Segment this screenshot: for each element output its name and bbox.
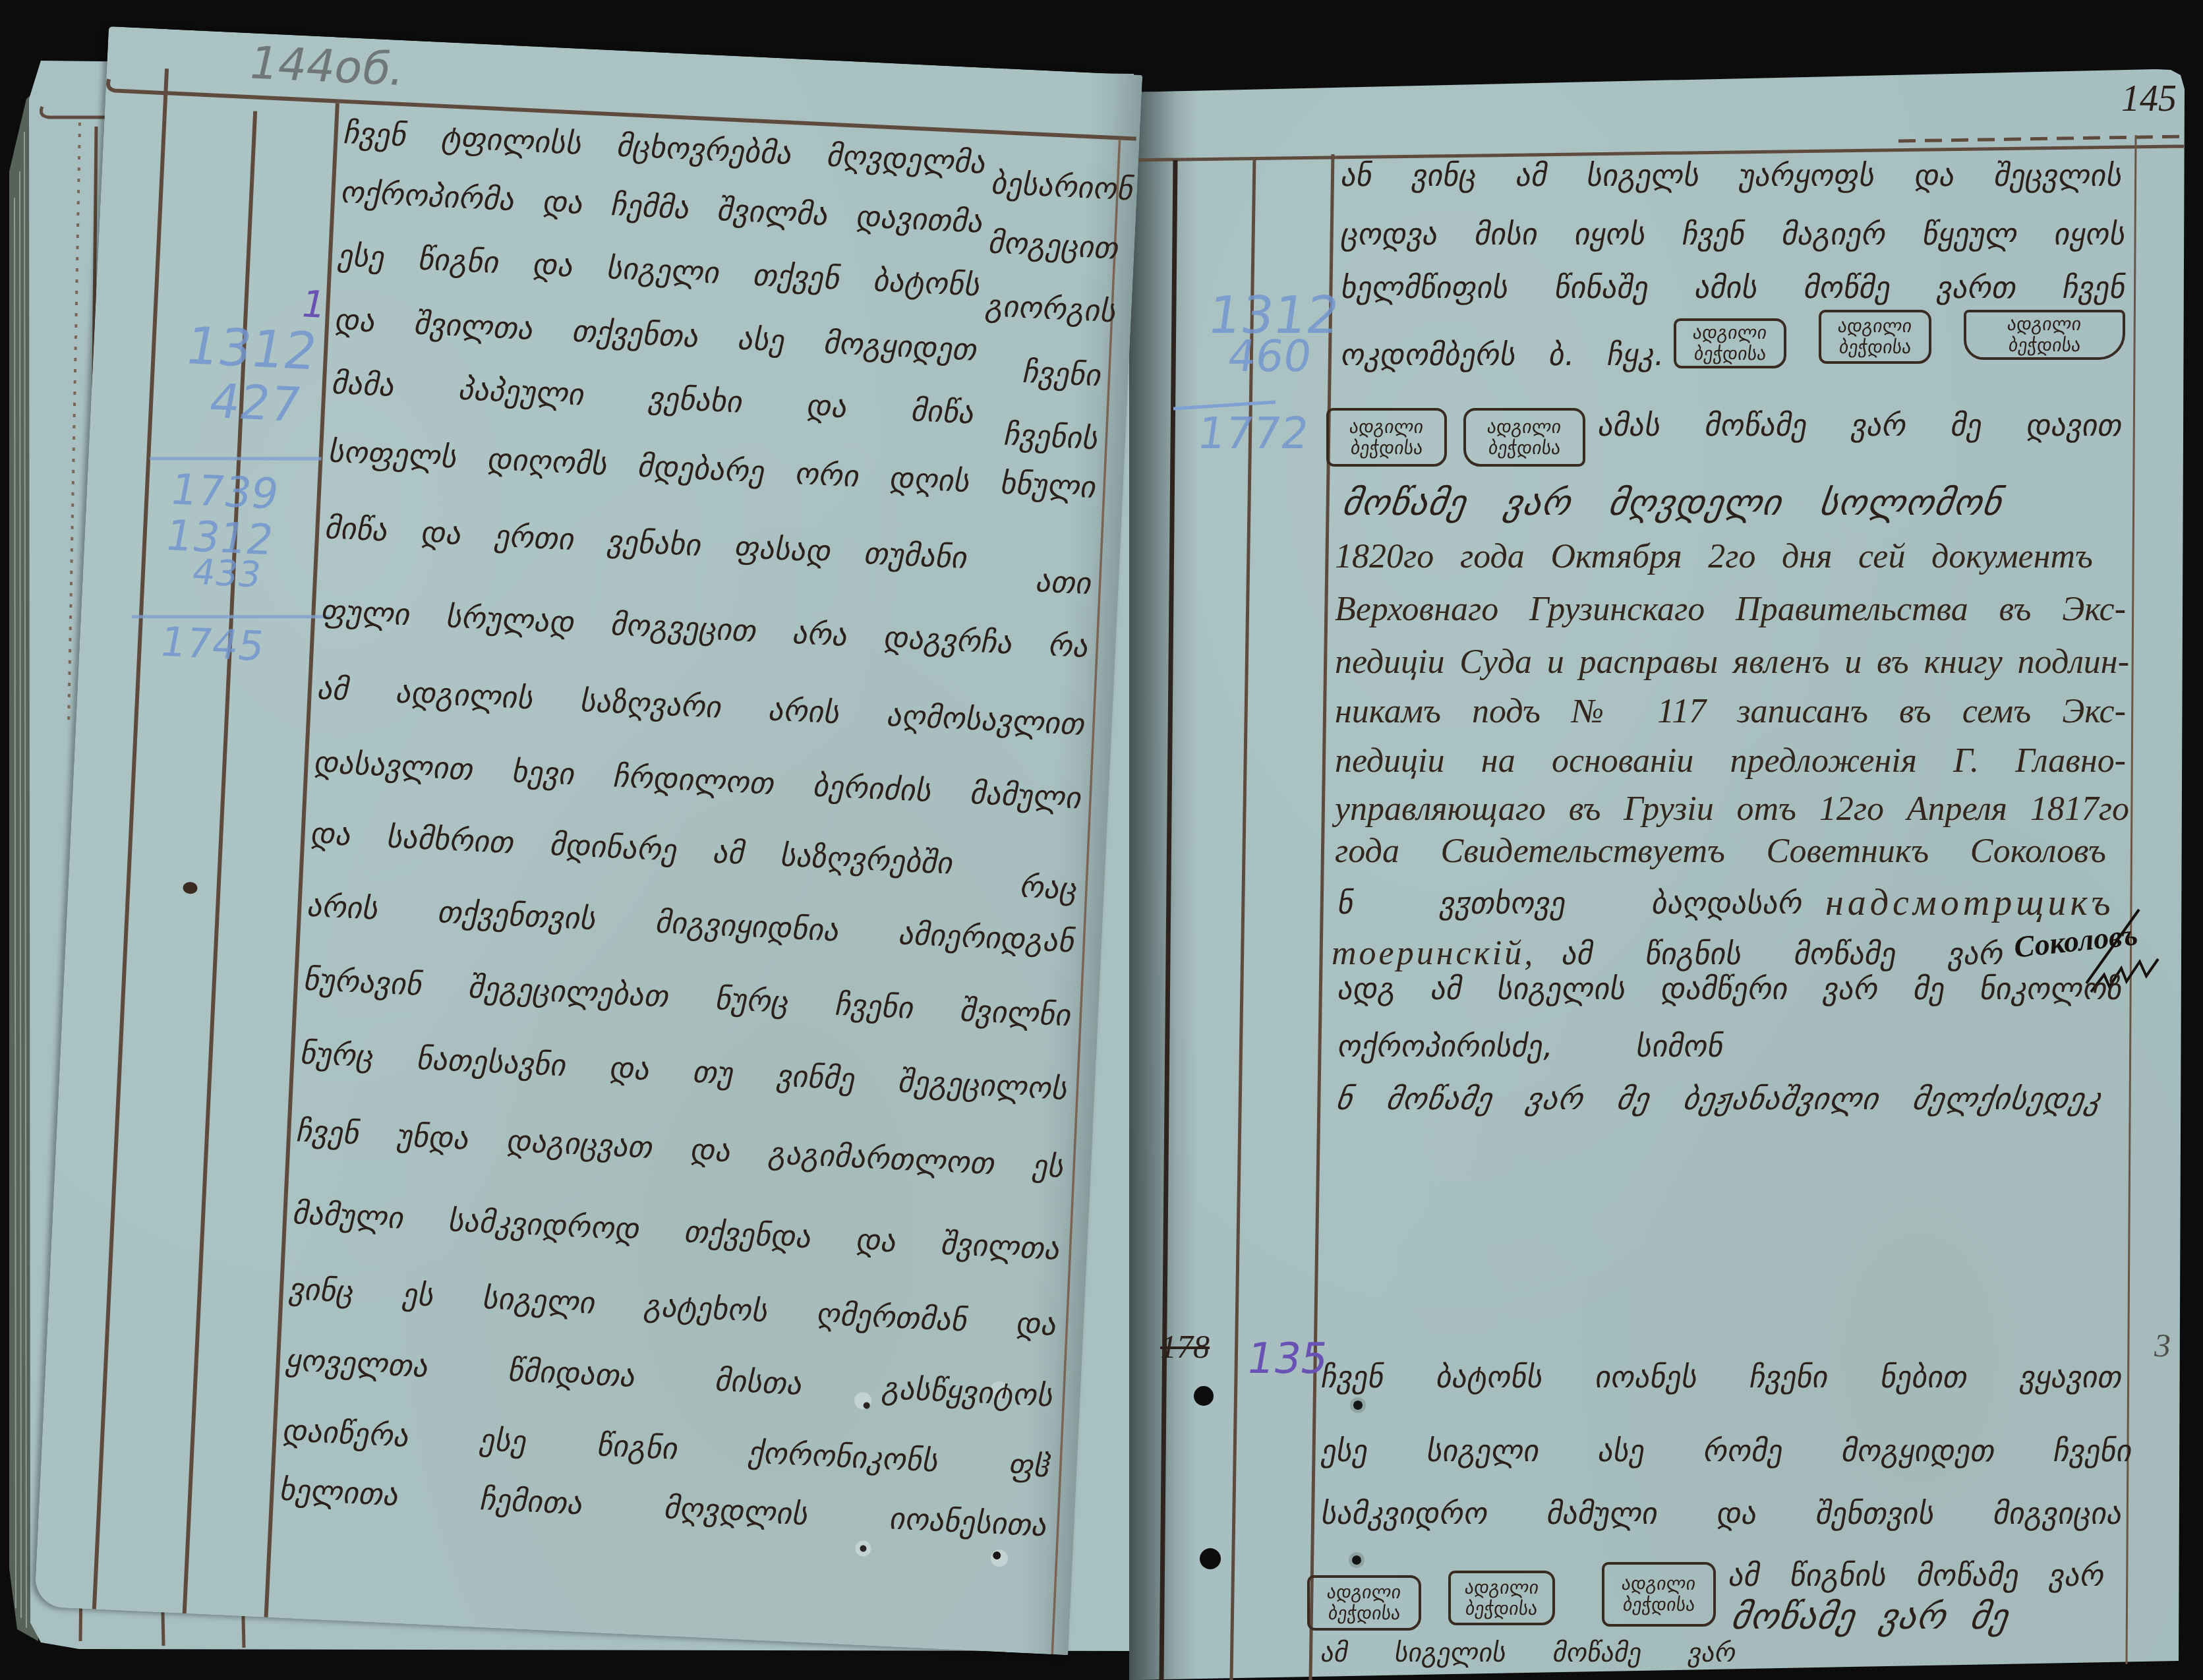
ink-blot: [183, 882, 198, 894]
struck-entry-number: 178: [1160, 1330, 1210, 1363]
seal-line-1: ადგილი: [1836, 316, 1914, 337]
entry-2-line: ესე სიგელი ასე რომე მოგყიდეთ ჩვენი: [1317, 1424, 2137, 1477]
certificate-georgian-5: ნ მოწამე ვარ მე ბეჟანაშვილი მელქისედეკ: [1328, 1069, 2114, 1128]
margin-mark: 3: [2154, 1329, 2171, 1362]
entry-2-line: ჩვენ ბატონს იოანეს ჩვენი ნებით ვყავით: [1317, 1350, 2127, 1403]
seal-drawing: ადგილი ბეჭდისა: [1674, 318, 1786, 368]
margin-rule-1: [94, 69, 167, 1609]
entry-1-signature: მოწამე ვარ მღვდელი სოლომონ: [1334, 473, 2015, 533]
pencil-divider: [150, 451, 321, 467]
certificate-line: года Свидетельствуетъ Советникъ Соколовъ: [1335, 825, 2106, 878]
line-tail: რაც: [953, 857, 1084, 915]
certificate-title-1: надсмотрщикъ: [1825, 877, 2109, 929]
seal-line-1: ადგილი: [1326, 1582, 1403, 1603]
top-dashed-rule: [1898, 136, 2184, 141]
certificate-georgian-3: ადგ ამ სიგელის დამწერი ვარ მე ნიკოლოზ: [1334, 962, 2127, 1015]
pencil-number: 1772: [1194, 412, 1311, 455]
pencil-number: 1745: [156, 622, 268, 667]
seal-line-2: ბეჭდისა: [1621, 1594, 1696, 1615]
seal-line-2: ბეჭდისა: [1692, 343, 1767, 364]
seal-line-1: ადგილი: [2006, 314, 2083, 335]
seal-line-2: ბეჭდისა: [2007, 335, 2082, 356]
entry-1-witness-line: ამას მოწამე ვარ მე დავით: [1594, 399, 2127, 451]
manuscript-spread: 145 1312 460 1772 178 135 3 ან ვინც ამ ს…: [0, 0, 2203, 1680]
certificate-line: педиціи Суда и расправы явленъ и въ книг…: [1335, 636, 2129, 689]
entry-1-line: ან ვინც ამ სიგელს უარყოფს და შეცვლის: [1337, 149, 2127, 202]
certificate-georgian-1: ნ ვჳთხოვე ბაღდასარ: [1334, 877, 1807, 929]
entry-1-line: ხელმწიფის წინაშე ამის მოწმე ვართ ჩვენ: [1337, 261, 2130, 314]
seal-line-1: ადგილი: [1691, 322, 1769, 343]
pencil-number: 1312: [181, 320, 322, 378]
folio-number: 144об.: [245, 41, 409, 92]
binding-hole: [1352, 1555, 1361, 1565]
seal-line-2: ბეჭდისა: [1349, 438, 1424, 459]
certificate-line: Верховнаго Грузинскаго Правительства въ …: [1335, 583, 2126, 636]
seal-line-1: ადგილი: [1463, 1577, 1541, 1598]
pencil-number: 427: [206, 377, 305, 428]
pencil-number: 1739: [167, 469, 282, 515]
entry-1-date-line: ოკდომბერს ბ. ჩყკ.: [1337, 328, 1669, 381]
seal-line-1: ადგილი: [1620, 1573, 1697, 1594]
seal-line-2: ბეჭდისა: [1486, 438, 1562, 459]
seal-drawing: ადგილი ბეჭდისა: [1307, 1575, 1421, 1631]
seal-line-2: ბეჭდისა: [1837, 337, 1912, 358]
certificate-line: педиціи на основаніи предложенія Г. Глав…: [1335, 735, 2126, 788]
binding-hole: [1200, 1548, 1221, 1569]
left-page: 144об. 1312 427 1739 1312 433 1745 1 ჩვე…: [34, 26, 1142, 1655]
seal-drawing: ადგილი ბეჭდისა: [1602, 1562, 1716, 1627]
folio-number: 145: [2121, 80, 2177, 117]
certificate-georgian-4: ოქროპირისძე, სიმონ: [1334, 1020, 1728, 1072]
seal-line-1: ადგილი: [1348, 417, 1425, 438]
line-tail: ათი: [968, 552, 1098, 610]
seal-line-1: ადგილი: [1486, 417, 1563, 438]
entry-2-last-line: ამ სიგელის მოწამე ვარ: [1316, 1627, 1741, 1679]
seal-line-2: ბეჭდისა: [1464, 1598, 1539, 1619]
seal-line-2: ბეჭდისა: [1326, 1603, 1401, 1624]
seal-drawing: ადგილი ბეჭდისა: [1326, 408, 1447, 467]
pencil-number: 460: [1225, 335, 1314, 378]
margin-rule-1: [1231, 157, 1254, 1680]
binding-hole: [1194, 1386, 1214, 1406]
seal-drawing: ადგილი ბეჭდისა: [1463, 408, 1585, 467]
entry-number: 135: [1243, 1338, 1331, 1380]
gutter-rule: [1161, 160, 1175, 1680]
entry-1-line: ცოდვა მისი იყოს ჩვენ მაგიერ წყეულ იყოს: [1337, 208, 2130, 260]
seal-drawing: ადგილი ბეჭდისა: [1448, 1571, 1555, 1625]
certificate-line: никамъ подъ № 117 записанъ въ семъ Экс-: [1335, 685, 2126, 738]
pencil-number: 433: [189, 554, 264, 593]
seal-drawing: ადგილი ბეჭდისა: [1964, 310, 2125, 360]
entry-2-signature: მოწამე ვარ მე: [1723, 1587, 2022, 1646]
entry-2-line: სამკვიდრო მამული და შენთვის მიგვიცია: [1317, 1487, 2127, 1540]
certificate-line: 1820го года Октября 2го дня сей документ…: [1335, 531, 2093, 583]
seal-drawing: ადგილი ბეჭდისა: [1819, 310, 1931, 364]
